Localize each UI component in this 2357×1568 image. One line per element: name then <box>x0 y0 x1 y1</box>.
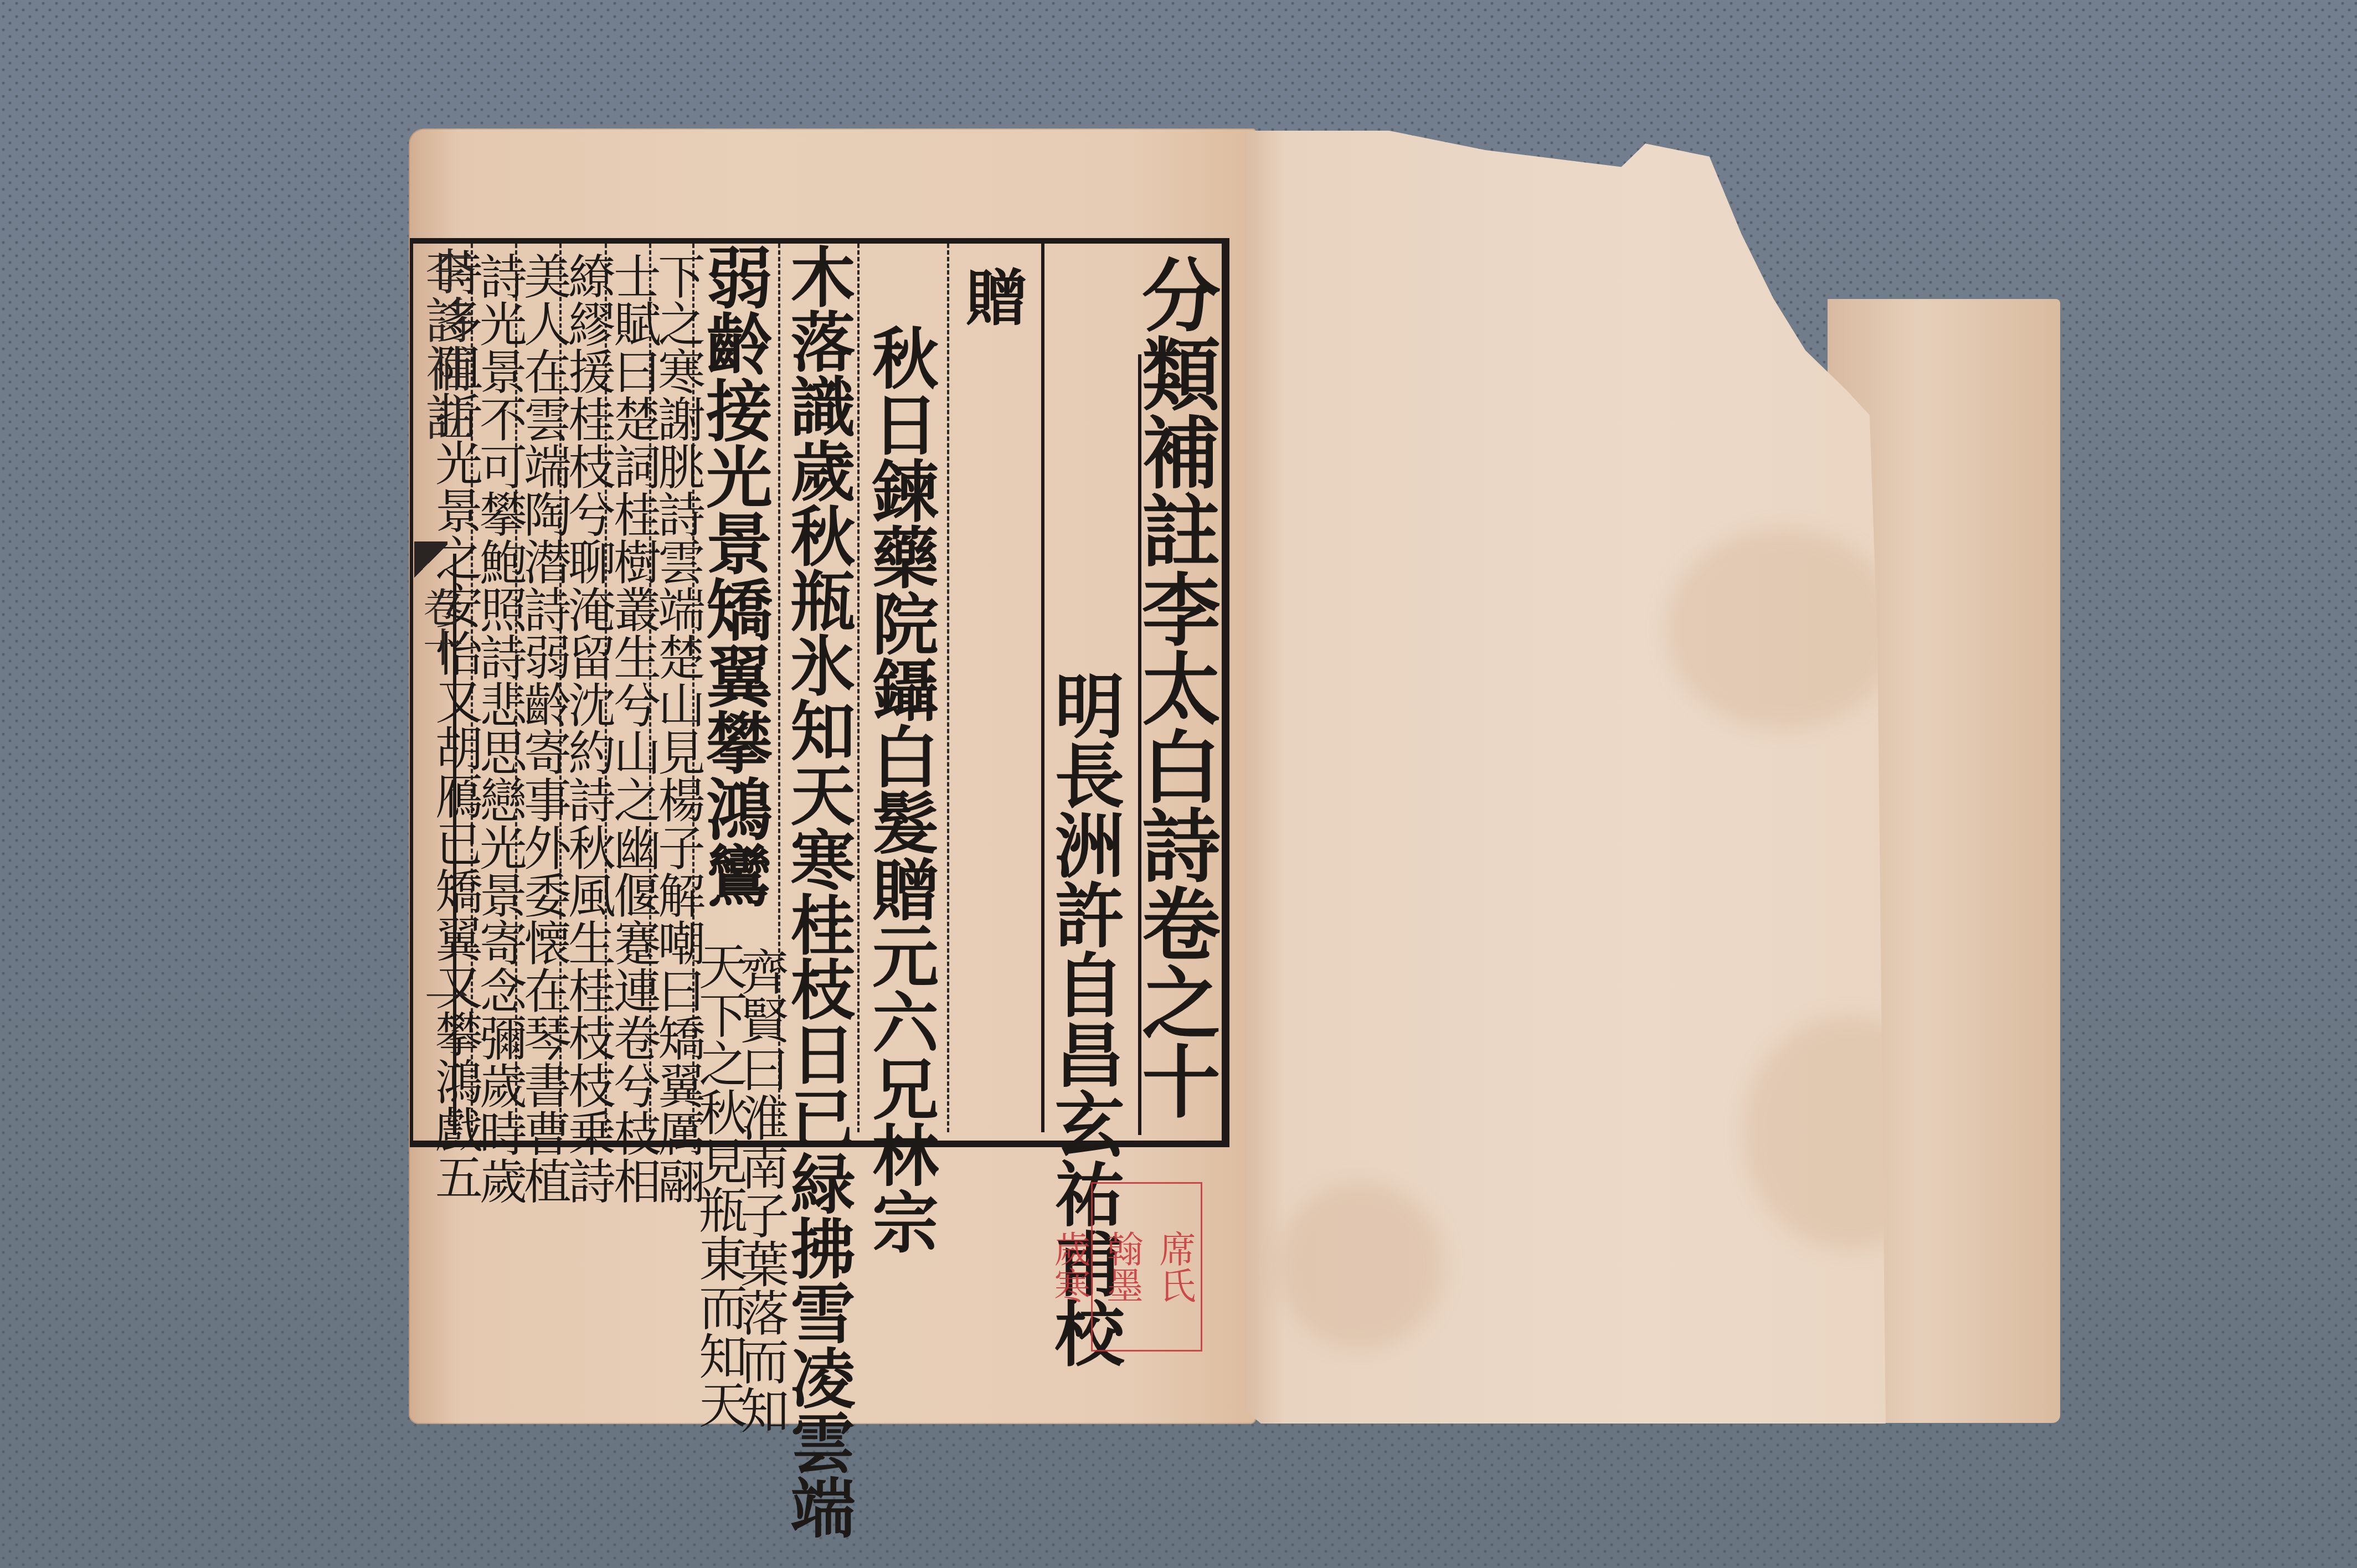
category-heading: 贈 <box>961 266 1022 327</box>
water-stain <box>1666 529 1898 729</box>
poem-title: 秋日鍊藥院鑷白髮贈元六兄林宗 <box>867 324 933 1254</box>
commentary-column: 士賦曰楚詞桂樹叢生兮山之幽偃蹇連卷兮枝相 <box>609 252 657 1204</box>
seal-text: 席氏 <box>1148 1184 1201 1350</box>
margin-volume: 卷十 <box>411 587 469 667</box>
seal-text: 歲寒 <box>1043 1184 1095 1350</box>
poem-line: 弱齡接光景矯翼攀鴻鸞 <box>701 244 767 908</box>
column-rule <box>947 244 949 1132</box>
column-rule <box>857 244 860 1132</box>
margin-book-title: 李詩補註 <box>411 246 481 441</box>
poem-line: 木落識歲秋瓶氷知天寒桂枝日已緑拂雪凌雲端 <box>785 244 850 1539</box>
margin-page-number: 一 <box>411 974 475 1019</box>
water-stain <box>1278 1183 1444 1349</box>
red-collector-seal: 席氏 翰墨 歲寒 <box>1091 1182 1202 1352</box>
book-title-column: 分類補註李太白詩卷之十 <box>1135 255 1214 1120</box>
seal-text: 翰墨 <box>1095 1184 1148 1350</box>
fishtail-mark <box>414 541 447 580</box>
